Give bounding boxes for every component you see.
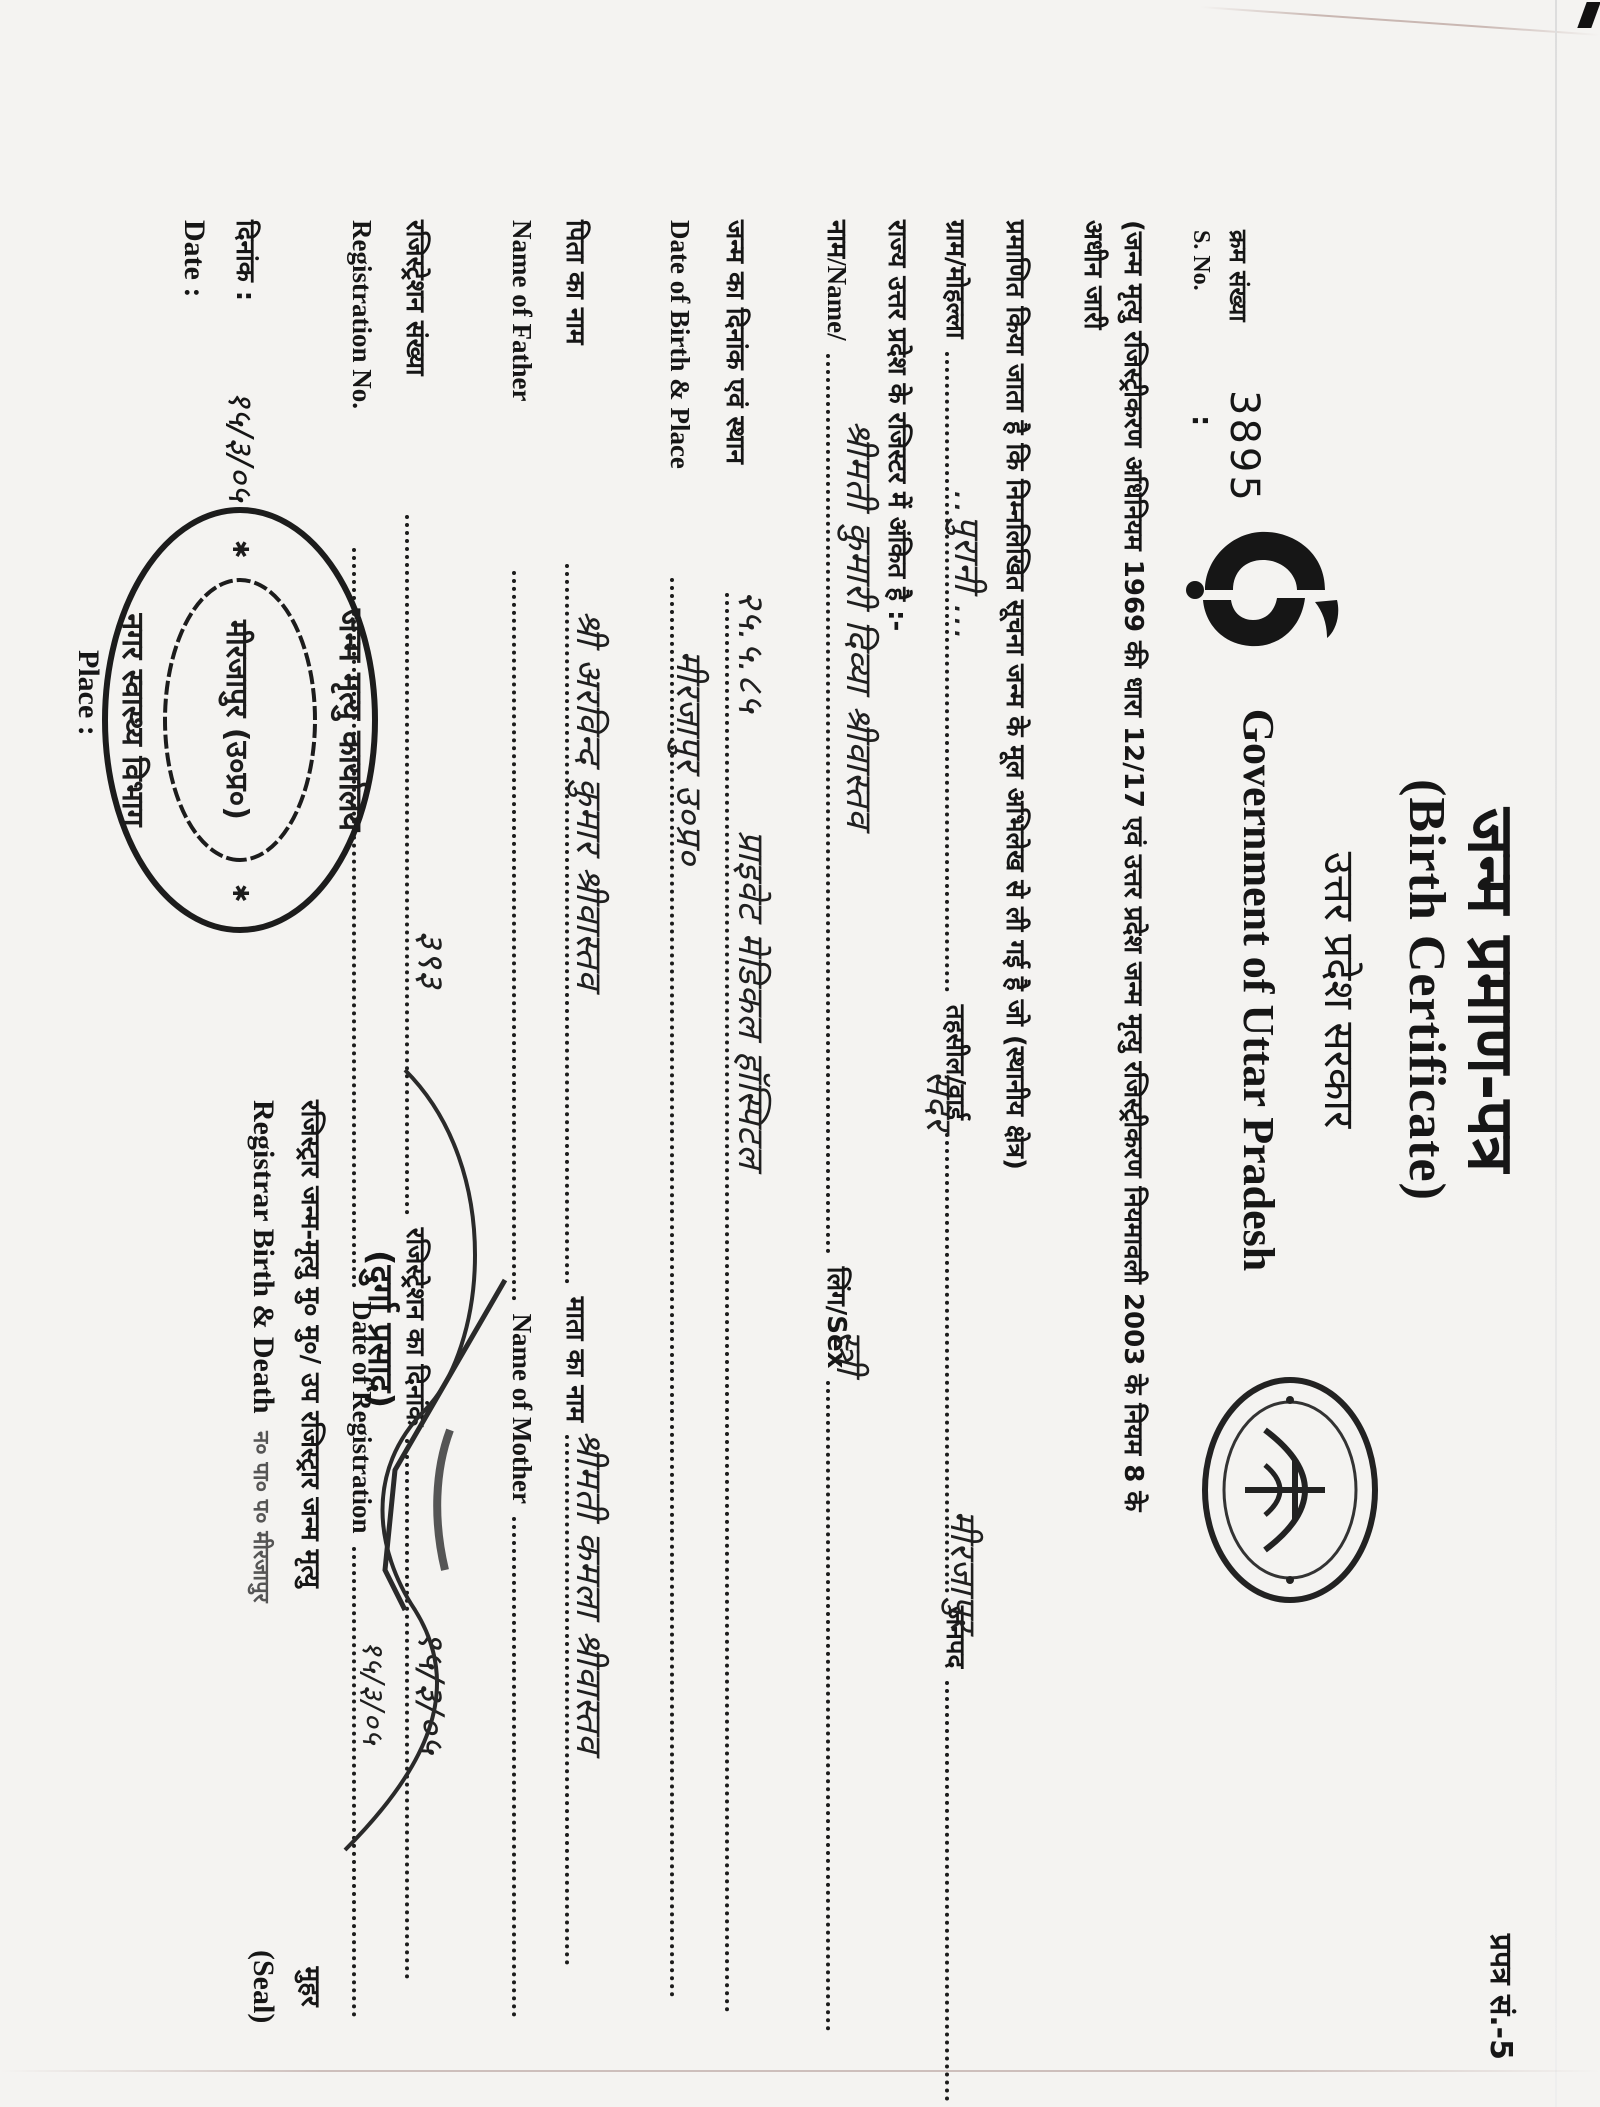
state-english: Government of Uttar Pradesh (1233, 670, 1284, 1310)
sex-value: स्त्री (826, 1330, 875, 1375)
certification-intro: प्रमाणित किया जाता है कि निम्नलिखित सूचन… (999, 220, 1035, 1170)
father-label-hindi: पिता का नाम (560, 220, 590, 345)
title-hindi: जन्म प्रमाण-पत्र (1455, 670, 1525, 1310)
form-number: प्रपत्र सं.-5 (1482, 1934, 1523, 2060)
birth-place-value-1: प्राइवेट मेडिकल हॉस्पिटल (728, 830, 777, 1169)
health-department-logo-icon (1185, 520, 1345, 660)
birth-place-value-2: मीरजापुर उ०प्र० (666, 650, 715, 866)
svg-text:नगर स्वास्थ्य विभाग: नगर स्वास्थ्य विभाग (115, 612, 151, 827)
registrar-signature (315, 1050, 545, 1870)
village-label: ग्राम/मोहल्ला (940, 220, 970, 339)
serial-number: क्रम संख्या S. No. 3895 : (1187, 230, 1255, 322)
signature-date: १५/३/०५ (354, 1640, 395, 1745)
dob-row-english: Date of Birth & Place (664, 220, 695, 2002)
svg-text:जन्म मृत्यु कार्यालय: जन्म मृत्यु कार्यालय (330, 608, 370, 833)
mother-name-value: श्रीमती कमला श्रीवास्तव (566, 1430, 615, 1754)
serial-label-hindi: क्रम संख्या (1222, 230, 1255, 322)
father-label-english: Name of Father (507, 220, 537, 401)
certificate-header: जन्म प्रमाण-पत्र (Birth Certificate) उत्… (1233, 670, 1525, 1310)
name-value: श्रीमती कुमारी दिव्या श्रीवास्तव (836, 420, 885, 829)
corner-mark (1577, 2, 1600, 28)
tehsil-value: सदर (916, 1070, 965, 1131)
svg-text:मीरजापुर (उ०प्र०): मीरजापुर (उ०प्र०) (218, 619, 255, 820)
issue-date: दिनांक : Date : (177, 220, 265, 301)
uttar-pradesh-emblem-icon (1195, 1370, 1385, 1610)
svg-text:✱: ✱ (227, 884, 252, 902)
act-reference: (जन्म मृत्यु रजिस्ट्रीकरण अधिनियम 1969 क… (1072, 220, 1153, 2050)
date-label-english: Date : (177, 220, 211, 301)
seal-label: मुहर (Seal) (246, 1950, 330, 2023)
serial-value: 3895 (1221, 390, 1267, 504)
registrar-hindi: रजिस्ट्रार जन्म-मृत्यु मु० मु०/ उप रजिस्… (294, 1100, 330, 1603)
state-hindi: उत्तर प्रदेश सरकार (1312, 670, 1369, 1310)
office-seal-stamp: जन्म मृत्यु कार्यालय मीरजापुर (उ०प्र०) न… (95, 500, 385, 940)
date-label-hindi: दिनांक : (229, 220, 265, 301)
serial-label-english: S. No. (1187, 230, 1214, 322)
district-value: मीरजापुर (940, 1510, 989, 1632)
reg-no-label-hindi: रजिस्ट्रेशन संख्या (400, 220, 430, 376)
paper-edge (1555, 0, 1557, 2107)
registrar-designation: रजिस्ट्रार जन्म-मृत्यु मु० मु०/ उप रजिस्… (246, 1100, 330, 1603)
register-text: राज्य उत्तर प्रदेश के रजिस्टर में अंकित … (881, 220, 917, 631)
dob-value: २५.५.८५ (728, 590, 777, 714)
paper-fold-line (0, 2070, 1600, 2072)
birth-certificate: प्रपत्र सं.-5 जन्म प्रमाण-पत्र (Birth Ce… (55, 30, 1545, 2070)
registrar-english: Registrar Birth & Death न० पा० प० मीरजाप… (246, 1100, 280, 1603)
village-value: ..पुरानी ... (944, 490, 993, 641)
reg-no-label-english: Registration No. (347, 220, 377, 409)
registration-number-value: ३९३ (408, 930, 457, 989)
dob-label-hindi: जन्म का दिनांक एवं स्थान (720, 220, 750, 464)
registrar-name: (दुर्गा प्रसाद) (359, 1250, 405, 1408)
dob-label-english: Date of Birth & Place (665, 220, 695, 469)
father-name-value: श्री अरविन्द कुमार श्रीवास्तव (566, 610, 615, 990)
issue-date-value: १५/३/०५ (219, 390, 265, 501)
title-english: (Birth Certificate) (1397, 670, 1454, 1310)
name-label: नाम/Name/ (822, 220, 852, 341)
svg-text:✱: ✱ (227, 540, 252, 558)
mother-label-hindi: माता का नाम (560, 1297, 590, 1422)
